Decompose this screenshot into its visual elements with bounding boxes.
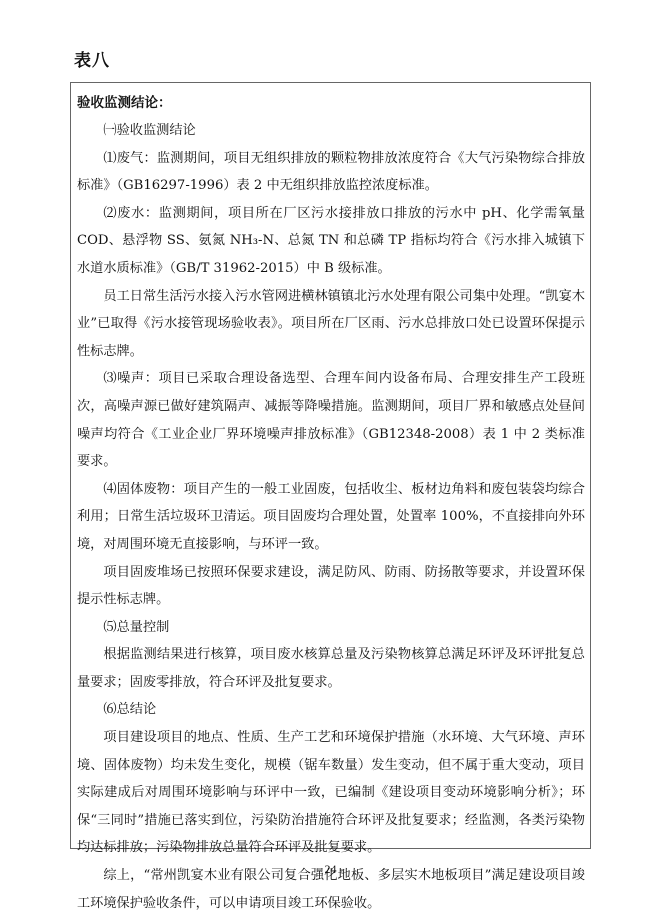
paragraph: 项目固废堆场已按照环保要求建设，满足防风、防雨、防扬散等要求，并设置环保提示性标… bbox=[77, 559, 585, 614]
paragraph: 根据监测结果进行核算，项目废水核算总量及污染物核算总满足环评及环评批复总量要求；… bbox=[77, 641, 585, 696]
paragraph: ⑹总结论 bbox=[77, 696, 585, 724]
paragraph: 项目建设项目的地点、性质、生产工艺和环境保护措施（水环境、大气环境、声环境、固体… bbox=[77, 724, 585, 862]
paragraph: ⑶噪声：项目已采取合理设备选型、合理车间内设备布局、合理安排生产工段班次，高噪声… bbox=[77, 365, 585, 475]
box-heading: 验收监测结论： bbox=[77, 89, 585, 117]
page-number: - 24 - bbox=[0, 862, 661, 877]
paragraph: 员工日常生活污水接入污水管网进横林镇镇北污水处理有限公司集中处理。“凯宴木业”已… bbox=[77, 283, 585, 366]
paragraph: ⑵废水：监测期间，项目所在厂区污水接排放口排放的污水中 pH、化学需氧量 COD… bbox=[77, 200, 585, 283]
paragraph: ⑷固体废物：项目产生的一般工业固废，包括收尘、板材边角料和废包装袋均综合利用；日… bbox=[77, 476, 585, 559]
paragraph: ⑴废气：监测期间，项目无组织排放的颗粒物排放浓度符合《大气污染物综合排放标准》（… bbox=[77, 145, 585, 200]
paragraph: ⑸总量控制 bbox=[77, 614, 585, 642]
conclusion-box: 验收监测结论： ㈠验收监测结论 ⑴废气：监测期间，项目无组织排放的颗粒物排放浓度… bbox=[70, 82, 591, 849]
section-title: 表八 bbox=[74, 46, 110, 71]
paragraph: ㈠验收监测结论 bbox=[77, 117, 585, 145]
